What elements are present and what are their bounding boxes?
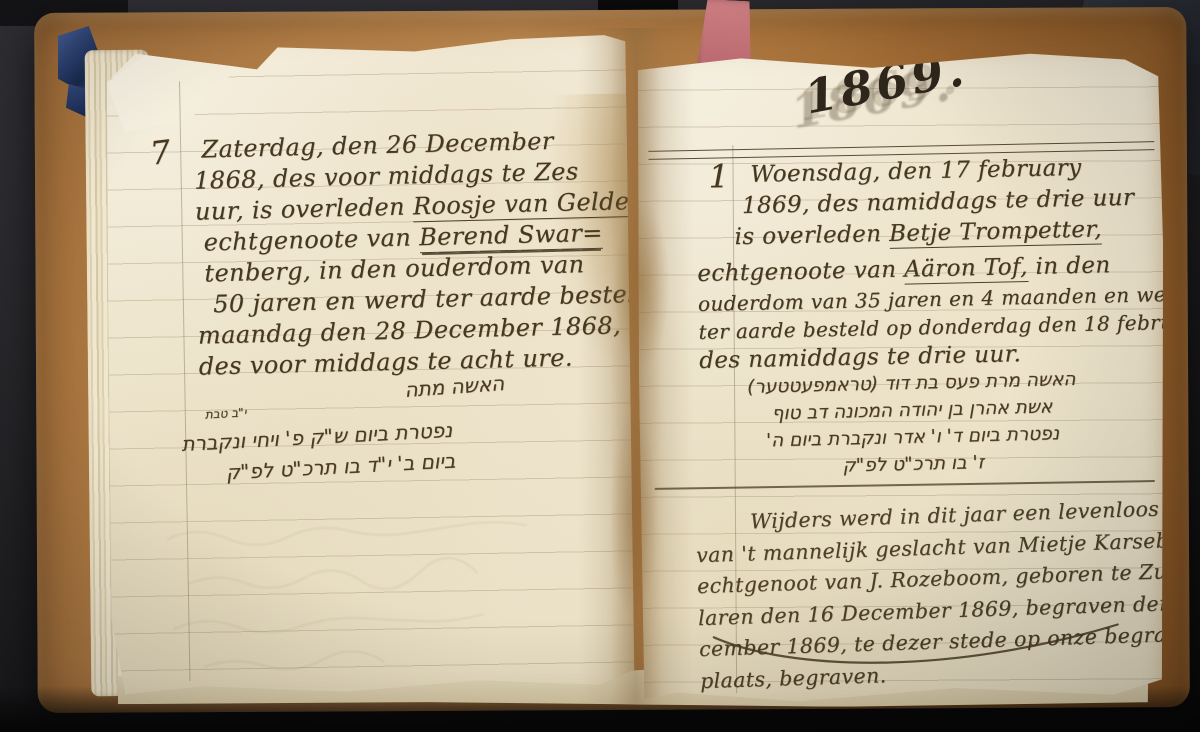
entry-text: Woensdag, den 17 february 1869, des nami… bbox=[695, 150, 1200, 377]
underlined-name: Aäron Tof, bbox=[904, 254, 1028, 285]
hebrew-date-note: י"ב טבת bbox=[204, 405, 246, 421]
left-page: 7 Zaterdag, den 26 December 1868, des vo… bbox=[98, 33, 636, 698]
right-page: 1869. 1 Woensdag, den 17 february 1869, … bbox=[636, 50, 1167, 706]
hebrew-line: ביום ב' י"ד בו תרכ"ט לפ"ק bbox=[225, 448, 456, 484]
entry-text: Zaterdag, den 26 December 1868, des voor… bbox=[193, 123, 691, 383]
underlined-name: Betje Trompetter, bbox=[889, 216, 1102, 248]
entry-number: 7 bbox=[148, 132, 173, 172]
underlined-name: Roosje van Gelder bbox=[413, 187, 642, 223]
hebrew-text: האשה מרת פעס בת דוד (טראמפעטטער) אשת אהר… bbox=[685, 364, 1140, 483]
ink-bleedthrough bbox=[146, 502, 579, 684]
underlined-name: Berend Swar= bbox=[419, 219, 603, 253]
signature-flourish bbox=[700, 616, 1134, 677]
